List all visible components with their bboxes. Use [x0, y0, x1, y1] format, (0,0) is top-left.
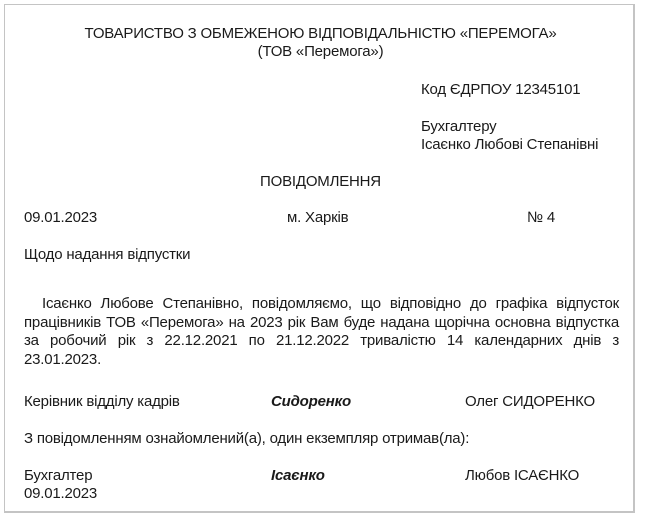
addressee-position: Бухгалтеру — [421, 118, 496, 136]
acknowledgement-text: З повідомленням ознайомлений(а), один ек… — [24, 430, 469, 448]
addressee-name: Ісаєнко Любові Степанівні — [421, 136, 598, 154]
head-position: Керівник відділу кадрів — [24, 393, 180, 411]
employee-position: Бухгалтер — [24, 467, 92, 485]
document-city: м. Харків — [287, 209, 348, 227]
document-date: 09.01.2023 — [24, 209, 97, 227]
document-subject: Щодо надання відпустки — [24, 246, 190, 264]
organization-short-name: (ТОВ «Перемога») — [5, 43, 636, 61]
document-title: ПОВІДОМЛЕННЯ — [5, 173, 636, 191]
employee-sign-date: 09.01.2023 — [24, 485, 97, 503]
head-signature: Сидоренко — [271, 393, 351, 411]
employee-name: Любов ІСАЄНКО — [465, 467, 579, 485]
document-page: ТОВАРИСТВО З ОБМЕЖЕНОЮ ВІДПОВІДАЛЬНІСТЮ … — [4, 4, 635, 513]
organization-full-name: ТОВАРИСТВО З ОБМЕЖЕНОЮ ВІДПОВІДАЛЬНІСТЮ … — [5, 25, 636, 43]
edrpou-code: Код ЄДРПОУ 12345101 — [421, 81, 580, 99]
document-number: № 4 — [527, 209, 555, 227]
employee-signature: Ісаєнко — [271, 467, 325, 485]
head-name: Олег СИДОРЕНКО — [465, 393, 595, 411]
body-paragraph: Ісаєнко Любове Степанівно, повідомляємо,… — [24, 295, 619, 369]
